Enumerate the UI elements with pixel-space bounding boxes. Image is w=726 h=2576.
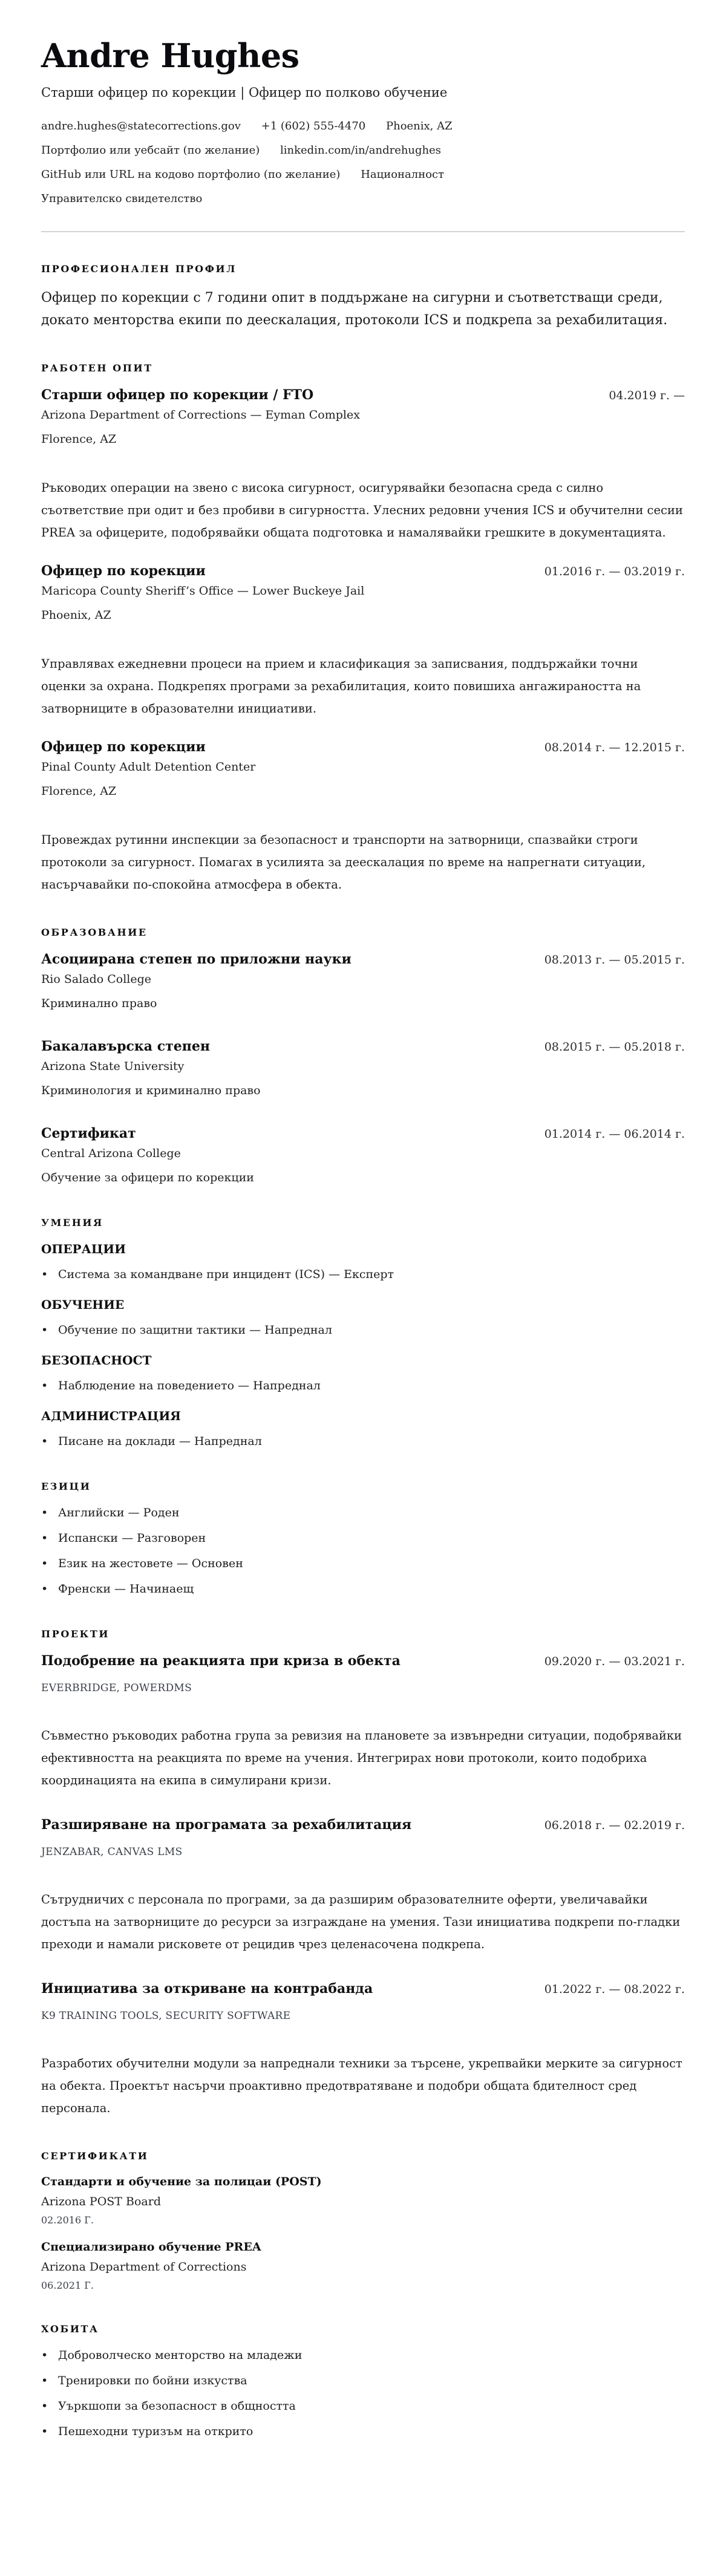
section-title: ЕЗИЦИ xyxy=(41,1480,685,1493)
skill-item: Наблюдение на поведението — Напреднал xyxy=(41,1377,685,1394)
job-dates: 01.2016 г. — 03.2019 г. xyxy=(544,563,685,580)
project-entry: Инициатива за откриване на контрабанда01… xyxy=(41,1980,685,2119)
section-title: РАБОТЕН ОПИТ xyxy=(41,362,685,375)
hobby-item: Доброволческо менторство на младежи xyxy=(41,2347,685,2364)
skill-item: Система за командване при инцидент (ICS)… xyxy=(41,1266,685,1283)
education-entry: Асоциирана степен по приложни науки08.20… xyxy=(41,950,685,1012)
language-item: Испански — Разговорен xyxy=(41,1530,685,1547)
contact-line: GitHub или URL на кодово портфолио (по ж… xyxy=(41,167,685,183)
school: Rio Salado College xyxy=(41,971,685,988)
degree: Асоциирана степен по приложни науки xyxy=(41,950,352,968)
employer: Arizona Department of Corrections — Eyma… xyxy=(41,406,685,423)
job-dates: 04.2019 г. — xyxy=(609,387,685,404)
project-title: Подобрение на реакцията при криза в обек… xyxy=(41,1652,401,1670)
skill-group: БЕЗОПАСНОСТНаблюдение на поведението — Н… xyxy=(41,1352,685,1394)
hobby-item: Тренировки по бойни изкуства xyxy=(41,2372,685,2389)
certifications-section: СЕРТИФИКАТИ Стандарти и обучение за поли… xyxy=(41,2150,685,2292)
languages-list: Английски — РоденИспански — РазговоренЕз… xyxy=(41,1504,685,1597)
skill-group: АДМИНИСТРАЦИЯПисане на доклади — Напредн… xyxy=(41,1407,685,1450)
entry-header: Бакалавърска степен08.2015 г. — 05.2018 … xyxy=(41,1037,685,1055)
entry-header: Офицер по корекции08.2014 г. — 12.2015 г… xyxy=(41,738,685,756)
driving-license: Управителско свидетелство xyxy=(41,192,202,205)
project-dates: 06.2018 г. — 02.2019 г. xyxy=(544,1817,685,1834)
skill-group-title: ОБУЧЕНИЕ xyxy=(41,1296,685,1313)
project-tech: K9 TRAINING TOOLS, SECURITY SOFTWARE xyxy=(41,2009,685,2023)
languages-section: ЕЗИЦИ Английски — РоденИспански — Разгов… xyxy=(41,1480,685,1597)
contact-line: Портфолио или уебсайт (по желание) linke… xyxy=(41,143,685,158)
job-location: Florence, AZ xyxy=(41,783,685,800)
experience-entry: Офицер по корекции01.2016 г. — 03.2019 г… xyxy=(41,562,685,720)
project-entry: Подобрение на реакцията при криза в обек… xyxy=(41,1652,685,1792)
project-description: Разработих обучителни модули за напредна… xyxy=(41,2052,685,2119)
field-of-study: Криминално право xyxy=(41,995,685,1012)
certification-name: Стандарти и обучение за полицаи (POST) xyxy=(41,2174,685,2190)
field-of-study: Обучение за офицери по корекции xyxy=(41,1169,685,1186)
profile-section: ПРОФЕСИОНАЛЕН ПРОФИЛ Офицер по корекции … xyxy=(41,262,685,331)
section-title: СЕРТИФИКАТИ xyxy=(41,2150,685,2163)
skill-list: Система за командване при инцидент (ICS)… xyxy=(41,1266,685,1283)
job-description: Провеждах рутинни инспекции за безопасно… xyxy=(41,829,685,896)
profile-summary: Офицер по корекции с 7 години опит в под… xyxy=(41,287,685,331)
certification-date: 02.2016 Г. xyxy=(41,2214,685,2227)
certification-issuer: Arizona Department of Corrections xyxy=(41,2258,685,2275)
entry-header: Офицер по корекции01.2016 г. — 03.2019 г… xyxy=(41,562,685,580)
skill-item: Обучение по защитни тактики — Напреднал xyxy=(41,1322,685,1339)
project-title: Инициатива за откриване на контрабанда xyxy=(41,1980,373,1998)
education-dates: 08.2015 г. — 05.2018 г. xyxy=(544,1039,685,1055)
certification-issuer: Arizona POST Board xyxy=(41,2193,685,2210)
job-description: Ръководих операции на звено с висока сиг… xyxy=(41,477,685,544)
location: Phoenix, AZ xyxy=(386,120,453,132)
contact-line: andre.hughes@statecorrections.gov +1 (60… xyxy=(41,119,685,134)
education-entry: Бакалавърска степен08.2015 г. — 05.2018 … xyxy=(41,1037,685,1099)
skill-item: Писане на доклади — Напреднал xyxy=(41,1433,685,1450)
projects-list: Подобрение на реакцията при криза в обек… xyxy=(41,1652,685,2119)
experience-list: Старши офицер по корекции / FTO04.2019 г… xyxy=(41,386,685,896)
skill-group: ОПЕРАЦИИСистема за командване при инциде… xyxy=(41,1241,685,1283)
education-list: Асоциирана степен по приложни науки08.20… xyxy=(41,950,685,1186)
degree: Сертификат xyxy=(41,1124,136,1143)
project-dates: 09.2020 г. — 03.2021 г. xyxy=(544,1653,685,1670)
linkedin-link[interactable]: linkedin.com/in/andrehughes xyxy=(280,144,441,157)
header-divider xyxy=(41,231,685,232)
job-dates: 08.2014 г. — 12.2015 г. xyxy=(544,739,685,756)
degree: Бакалавърска степен xyxy=(41,1037,210,1055)
phone[interactable]: +1 (602) 555-4470 xyxy=(261,120,366,132)
nationality: Националност xyxy=(361,168,444,181)
language-item: Френски — Начинаещ xyxy=(41,1580,685,1597)
section-title: ХОБИТА xyxy=(41,2323,685,2336)
hobbies-list: Доброволческо менторство на младежиТрени… xyxy=(41,2347,685,2440)
hobbies-section: ХОБИТА Доброволческо менторство на младе… xyxy=(41,2323,685,2440)
job-title: Старши офицер по корекции / FTO xyxy=(41,386,313,404)
section-title: ПРОЕКТИ xyxy=(41,1628,685,1641)
entry-header: Инициатива за откриване на контрабанда01… xyxy=(41,1980,685,1998)
job-description: Управлявах ежедневни процеси на прием и … xyxy=(41,653,685,720)
job-title: Офицер по корекции xyxy=(41,738,206,756)
school: Arizona State University xyxy=(41,1058,685,1075)
contact-block: andre.hughes@statecorrections.gov +1 (60… xyxy=(41,119,685,207)
section-title: ОБРАЗОВАНИЕ xyxy=(41,926,685,939)
project-tech: EVERBRIDGE, POWERDMS xyxy=(41,1681,685,1695)
job-location: Phoenix, AZ xyxy=(41,607,685,624)
hobby-item: Пешеходни туризъм на открито xyxy=(41,2423,685,2440)
experience-section: РАБОТЕН ОПИТ Старши офицер по корекции /… xyxy=(41,362,685,896)
hobby-item: Уъркшопи за безопасност в общността xyxy=(41,2398,685,2415)
project-description: Съвместно ръководих работна група за рев… xyxy=(41,1724,685,1792)
certification-entry: Специализирано обучение PREAArizona Depa… xyxy=(41,2239,685,2292)
job-location: Florence, AZ xyxy=(41,431,685,448)
employer: Pinal County Adult Detention Center xyxy=(41,758,685,775)
experience-entry: Старши офицер по корекции / FTO04.2019 г… xyxy=(41,386,685,544)
certification-date: 06.2021 Г. xyxy=(41,2279,685,2292)
language-item: Английски — Роден xyxy=(41,1504,685,1521)
education-entry: Сертификат01.2014 г. — 06.2014 г.Central… xyxy=(41,1124,685,1186)
skills-section: УМЕНИЯ ОПЕРАЦИИСистема за командване при… xyxy=(41,1216,685,1450)
entry-header: Подобрение на реакцията при криза в обек… xyxy=(41,1652,685,1670)
project-description: Сътрудничих с персонала по програми, за … xyxy=(41,1888,685,1955)
contact-line: Управителско свидетелство xyxy=(41,191,685,207)
education-dates: 01.2014 г. — 06.2014 г. xyxy=(544,1126,685,1143)
section-title: ПРОФЕСИОНАЛЕН ПРОФИЛ xyxy=(41,262,685,276)
field-of-study: Криминология и криминално право xyxy=(41,1082,685,1099)
email[interactable]: andre.hughes@statecorrections.gov xyxy=(41,120,241,132)
project-dates: 01.2022 г. — 08.2022 г. xyxy=(544,1981,685,1998)
entry-header: Сертификат01.2014 г. — 06.2014 г. xyxy=(41,1124,685,1143)
resume-page: Andre Hughes Старши офицер по корекции |… xyxy=(0,0,726,2485)
employer: Maricopa County Sheriff’s Office — Lower… xyxy=(41,582,685,599)
job-title: Офицер по корекции xyxy=(41,562,206,580)
school: Central Arizona College xyxy=(41,1145,685,1162)
certifications-list: Стандарти и обучение за полицаи (POST)Ar… xyxy=(41,2174,685,2292)
entry-header: Старши офицер по корекции / FTO04.2019 г… xyxy=(41,386,685,404)
skill-group: ОБУЧЕНИЕОбучение по защитни тактики — На… xyxy=(41,1296,685,1339)
skill-group-title: АДМИНИСТРАЦИЯ xyxy=(41,1407,685,1424)
entry-header: Асоциирана степен по приложни науки08.20… xyxy=(41,950,685,968)
skills-list: ОПЕРАЦИИСистема за командване при инциде… xyxy=(41,1241,685,1450)
skill-group-title: ОПЕРАЦИИ xyxy=(41,1241,685,1257)
education-section: ОБРАЗОВАНИЕ Асоциирана степен по приложн… xyxy=(41,926,685,1186)
github-link[interactable]: GitHub или URL на кодово портфолио (по ж… xyxy=(41,168,340,181)
entry-header: Разширяване на програмата за рехабилитац… xyxy=(41,1816,685,1834)
project-title: Разширяване на програмата за рехабилитац… xyxy=(41,1816,411,1834)
skill-list: Писане на доклади — Напреднал xyxy=(41,1433,685,1450)
certification-entry: Стандарти и обучение за полицаи (POST)Ar… xyxy=(41,2174,685,2227)
project-entry: Разширяване на програмата за рехабилитац… xyxy=(41,1816,685,1955)
portfolio-link[interactable]: Портфолио или уебсайт (по желание) xyxy=(41,144,260,157)
skill-group-title: БЕЗОПАСНОСТ xyxy=(41,1352,685,1369)
language-item: Език на жестовете — Основен xyxy=(41,1555,685,1572)
candidate-name: Andre Hughes xyxy=(41,36,685,75)
projects-section: ПРОЕКТИ Подобрение на реакцията при криз… xyxy=(41,1628,685,2119)
skill-list: Наблюдение на поведението — Напреднал xyxy=(41,1377,685,1394)
certification-name: Специализирано обучение PREA xyxy=(41,2239,685,2255)
candidate-headline: Старши офицер по корекции | Офицер по по… xyxy=(41,83,685,102)
education-dates: 08.2013 г. — 05.2015 г. xyxy=(544,951,685,968)
resume-header: Andre Hughes Старши офицер по корекции |… xyxy=(41,36,685,207)
section-title: УМЕНИЯ xyxy=(41,1216,685,1230)
experience-entry: Офицер по корекции08.2014 г. — 12.2015 г… xyxy=(41,738,685,896)
project-tech: JENZABAR, CANVAS LMS xyxy=(41,1845,685,1859)
skill-list: Обучение по защитни тактики — Напреднал xyxy=(41,1322,685,1339)
